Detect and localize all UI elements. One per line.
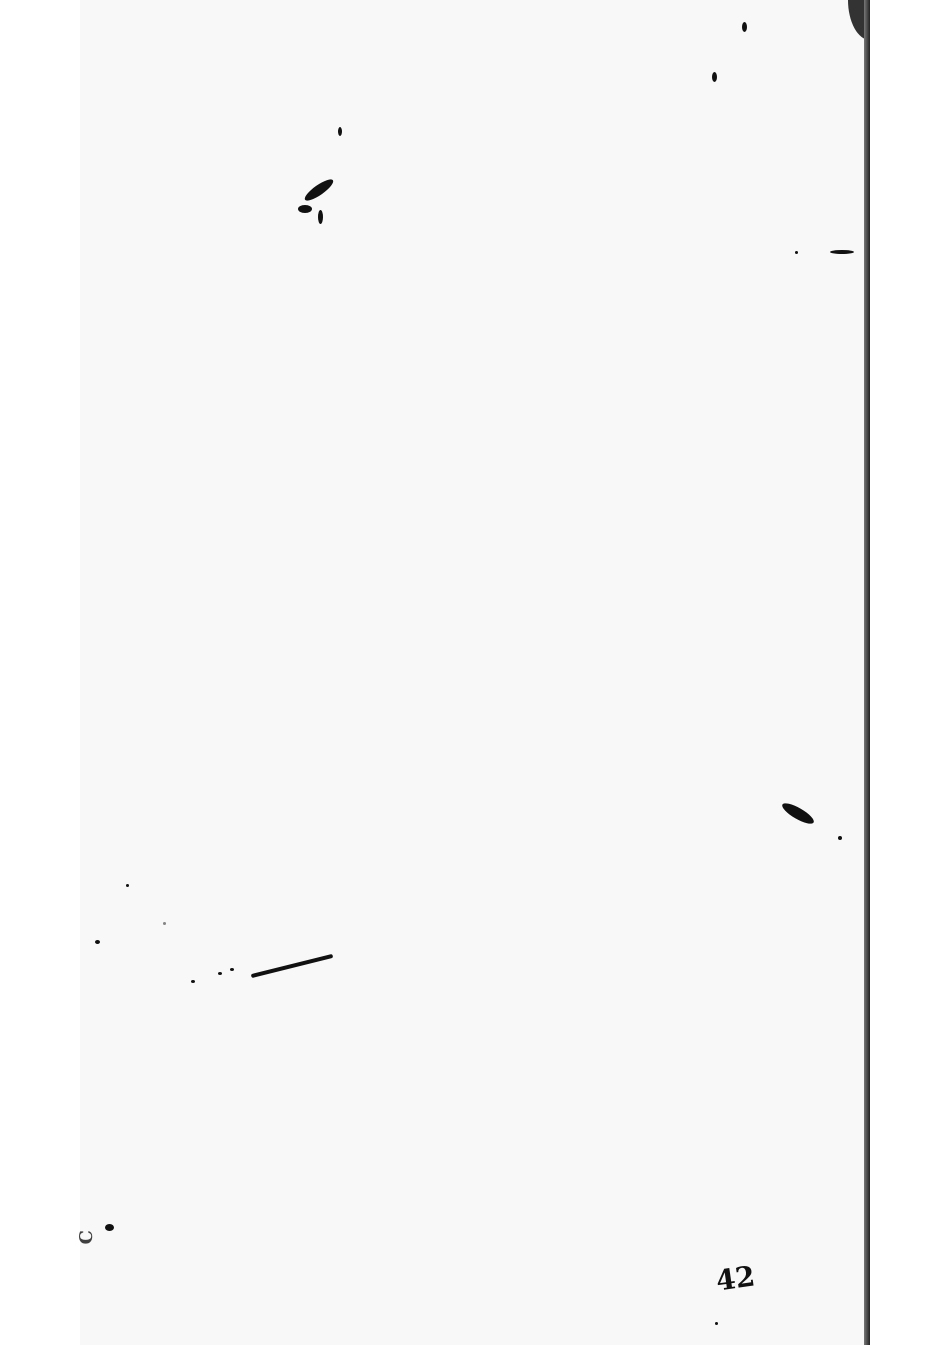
scanned-page: [80, 0, 868, 1345]
ink-speck: [742, 22, 747, 32]
ink-speck: [163, 922, 166, 925]
page-number: 42: [714, 1259, 757, 1297]
ink-speck: [218, 972, 222, 975]
ink-blot: [298, 205, 312, 213]
ink-speck: [338, 127, 342, 136]
ink-speck: [715, 1322, 718, 1325]
ink-speck: [95, 940, 100, 944]
ink-speck: [126, 884, 129, 887]
ink-speck: [830, 250, 854, 254]
ink-speck: [838, 836, 842, 840]
ink-speck: [712, 72, 717, 82]
ink-speck: [230, 968, 234, 971]
ink-speck: [318, 210, 323, 224]
margin-mark: C: [76, 1230, 97, 1244]
ink-speck: [105, 1224, 114, 1231]
ink-speck: [795, 251, 798, 254]
ink-speck: [191, 980, 195, 983]
page-binding-edge: [864, 0, 870, 1345]
